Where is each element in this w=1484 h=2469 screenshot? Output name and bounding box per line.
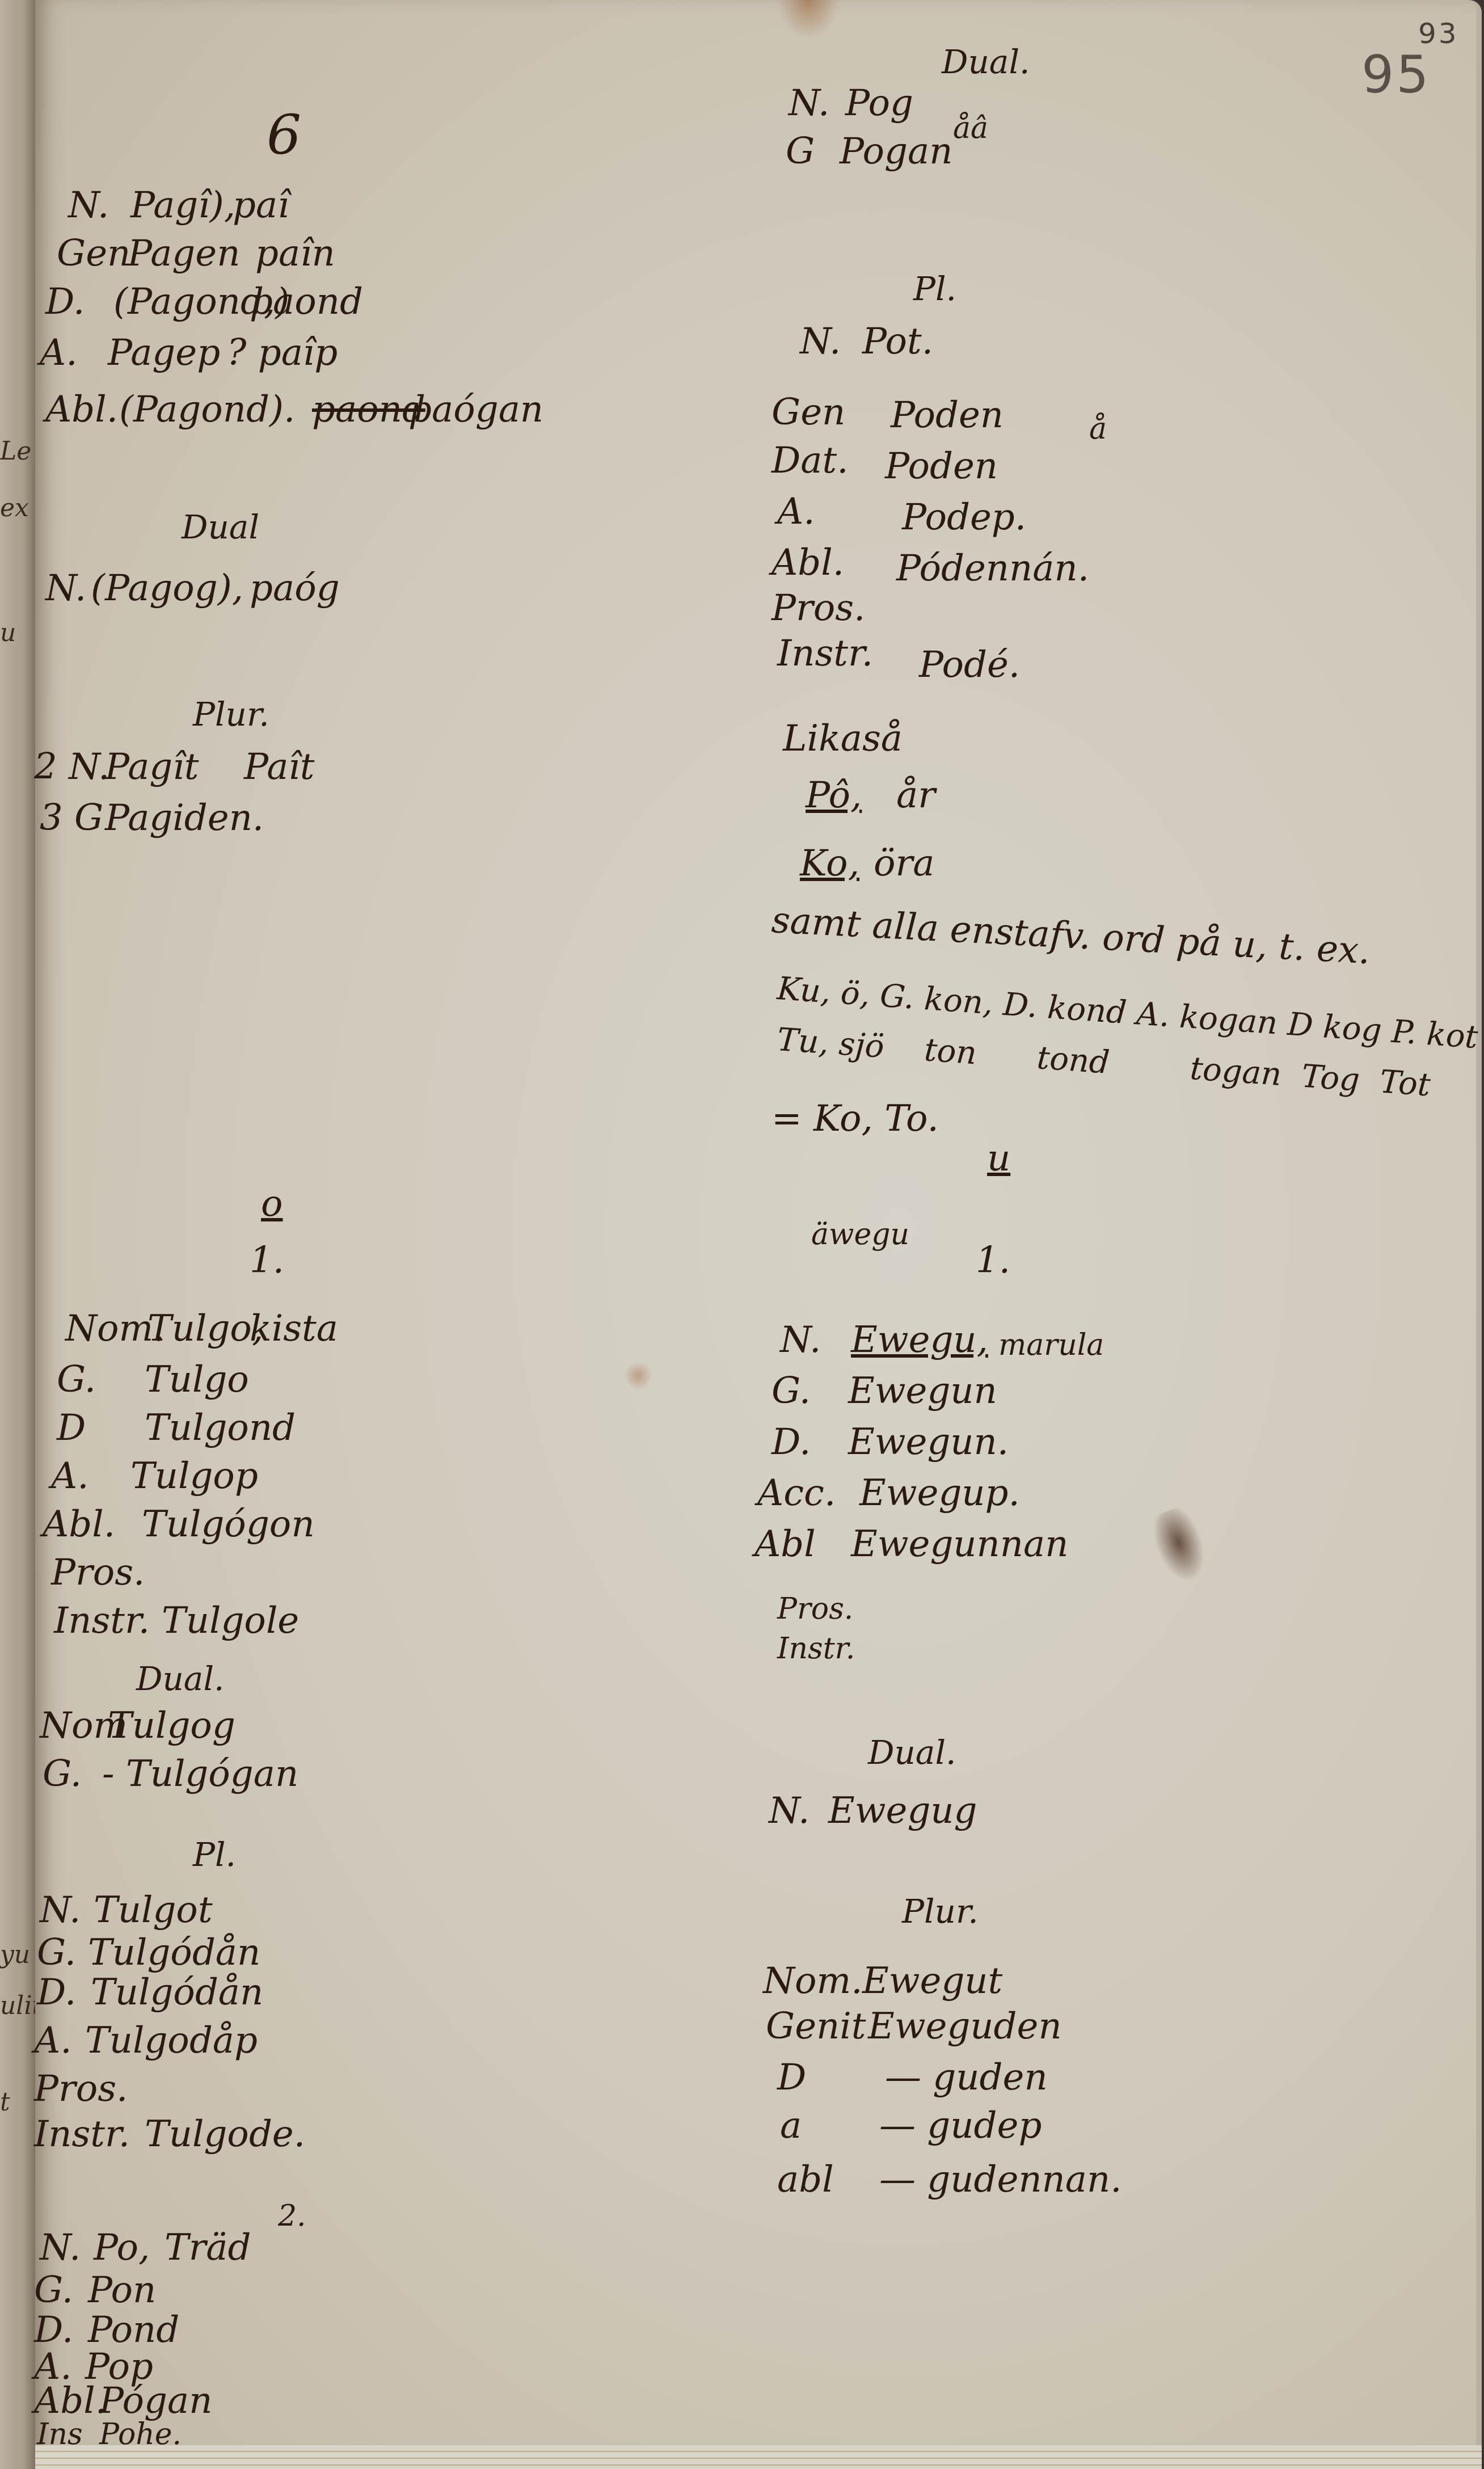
word-form: Pagen [128, 235, 240, 272]
word-form: Tulgo [145, 1362, 249, 1398]
case-label: G. [34, 2272, 73, 2308]
case-label: Ins [37, 2420, 83, 2449]
case-label: a [780, 2108, 802, 2144]
page-number-pencil: 95 [1361, 45, 1431, 105]
dual-heading: Dual [182, 511, 259, 543]
word-form: Podé. [919, 647, 1020, 683]
paper-spot [624, 1362, 652, 1390]
word-form: Tulgógon [142, 1506, 315, 1543]
word-form: Tulgode. [145, 2116, 305, 2152]
case-label: G. [771, 1373, 811, 1409]
word-form: Ewegunnan [851, 1526, 1068, 1562]
word-form: Pagî), [130, 187, 235, 224]
case-label: Nom. [763, 1963, 863, 1999]
word-form: Po, [94, 2230, 150, 2266]
page-stack-edges [35, 2445, 1482, 2469]
word-gloss: paóg [250, 570, 340, 606]
plural-heading: Pl. [193, 1838, 236, 1871]
word-gloss: marula [998, 1330, 1104, 1360]
section-subheading: 1. [250, 1242, 284, 1279]
case-label: Dat. [771, 443, 849, 479]
word-form: Pógan [99, 2383, 212, 2419]
margin-fragment: ulit [0, 1991, 40, 2020]
case-label: N. [40, 2230, 81, 2266]
annotation: å [1089, 414, 1107, 444]
case-label: Instr. [34, 2116, 130, 2152]
case-label: Acc. [757, 1475, 836, 1511]
case-label: Gen [771, 394, 845, 431]
case-label: Pros. [777, 1594, 853, 1624]
case-label: Abl. [45, 391, 118, 428]
case-label: 2 N. [34, 749, 109, 785]
word-form: Tulgódån [91, 1974, 263, 2011]
case-label: N. [789, 85, 829, 121]
case-label: Abl. [43, 1506, 115, 1543]
word-form: Pagît [105, 749, 199, 785]
case-label: Pros. [51, 1554, 145, 1591]
section-heading: 2. [278, 2201, 306, 2231]
case-label: Abl. [34, 2383, 107, 2419]
case-label: A. [777, 494, 815, 530]
annotation: åâ [953, 113, 988, 143]
case-label: N. [40, 1892, 81, 1928]
example-word: Pô, [806, 777, 862, 814]
word-form: Pon [88, 2272, 156, 2308]
dual-heading: Dual. [136, 1662, 224, 1695]
case-label: Genit [766, 2008, 866, 2045]
case-label: Instr. [777, 635, 873, 672]
word-form: Podep. [902, 499, 1026, 536]
word-form: Tulgole [162, 1603, 299, 1639]
word-form: - Tulgógan [102, 1756, 298, 1792]
case-label: D. [45, 284, 85, 320]
case-label: D [777, 2059, 806, 2096]
word-form: Pogan [840, 133, 952, 170]
case-label: Pros. [34, 2071, 128, 2107]
word-form: Pot. [862, 323, 933, 360]
margin-fragment: ex [0, 494, 40, 523]
word-gloss: paógan [408, 391, 543, 428]
margin-fragment: u [0, 618, 40, 647]
example-gloss: år [896, 777, 935, 814]
case-label: D [57, 1410, 86, 1446]
section-heading: u [987, 1140, 1010, 1177]
case-label: N. [45, 570, 86, 606]
case-label: G. [57, 1362, 96, 1398]
dual-heading: Dual. [868, 1736, 956, 1769]
water-stain [777, 0, 840, 40]
word-form: Ewegu, [851, 1322, 988, 1358]
plural-heading: Plur. [902, 1895, 979, 1928]
likasa-heading: Likaså [783, 721, 903, 757]
word-form: Tulgop [130, 1458, 258, 1494]
case-label: Instr. [54, 1603, 150, 1639]
word-form: Ewegut [862, 1963, 1002, 1999]
word-form: Tulgot [94, 1892, 213, 1928]
word-form: (Pagog), [91, 570, 243, 606]
case-label: N. [800, 323, 841, 360]
example-word: Ko, [800, 845, 859, 882]
word-form: Tulgo, [147, 1311, 263, 1347]
word-form: Tulgond [145, 1410, 296, 1446]
word-form: Eweguden [868, 2008, 1062, 2045]
plural-heading: Plur. [193, 698, 269, 731]
pronunciation-note: äwegu [811, 1220, 909, 1249]
note-line: = Ko, To. [771, 1101, 939, 1137]
case-label: Pros. [771, 590, 865, 626]
plural-heading: Pl. [913, 272, 956, 305]
word-form: Pohe. [99, 2420, 182, 2449]
margin-fragment: Le [0, 437, 40, 466]
word-form: (Pagond). [119, 391, 295, 428]
case-label: G. [37, 1935, 76, 1971]
case-label: G [786, 133, 815, 170]
case-label: N. [68, 187, 109, 224]
word-form: — gudep [879, 2108, 1042, 2144]
word-form: Ewegun. [848, 1424, 1009, 1460]
example-gloss: öra [874, 845, 934, 882]
word-form: Pagiden. [105, 800, 264, 836]
section-heading: o [261, 1186, 283, 1222]
margin-fragment: yu [0, 1940, 40, 1969]
case-label: D. [37, 1974, 76, 2011]
case-label: Instr. [777, 1634, 855, 1663]
section-subheading: 1. [976, 1242, 1010, 1279]
word-form: Tulgog [108, 1708, 235, 1744]
case-label: Abl. [771, 545, 844, 581]
dual-heading: Dual. [942, 45, 1030, 78]
word-form: Poden [891, 397, 1004, 433]
word-form: Ewegun [848, 1373, 997, 1409]
word-form: Tulgódån [88, 1935, 260, 1971]
word-form: Poden [885, 448, 998, 484]
case-label: A. [51, 1458, 89, 1494]
case-label: N. [780, 1322, 821, 1358]
word-form: — guden [885, 2059, 1048, 2096]
case-label: Gen [57, 235, 130, 272]
case-label: G. [43, 1756, 82, 1792]
case-label: D. [34, 2312, 73, 2348]
word-form: Pódennán. [896, 550, 1089, 587]
word-form: Ewegup. [859, 1475, 1020, 1511]
case-label: Abl [754, 1526, 816, 1562]
word-gloss: paî [233, 187, 289, 224]
word-form: — gudennan. [879, 2162, 1122, 2198]
case-label: D. [771, 1424, 811, 1460]
case-label: 3 G [40, 800, 103, 836]
case-label: abl [777, 2162, 834, 2198]
word-gloss: Träd [165, 2230, 251, 2266]
case-label: N. [769, 1793, 810, 1829]
case-label: A. [40, 335, 78, 371]
page-number-ink: 93 [1418, 17, 1459, 50]
word-gloss: ? paîp [227, 335, 338, 371]
word-gloss: kista [250, 1311, 338, 1347]
case-label: A. [34, 2023, 72, 2059]
word-form: Pagep [108, 335, 220, 371]
word-form: Pog [845, 85, 913, 121]
word-form: Pond [88, 2312, 179, 2348]
word-form: Ewegug [828, 1793, 977, 1829]
word-form: Tulgodåp [85, 2023, 258, 2059]
word-gloss: Paît [244, 749, 315, 785]
section-heading: 6 [267, 108, 301, 162]
word-gloss: paond [250, 284, 363, 320]
word-gloss: paîn [255, 235, 335, 272]
